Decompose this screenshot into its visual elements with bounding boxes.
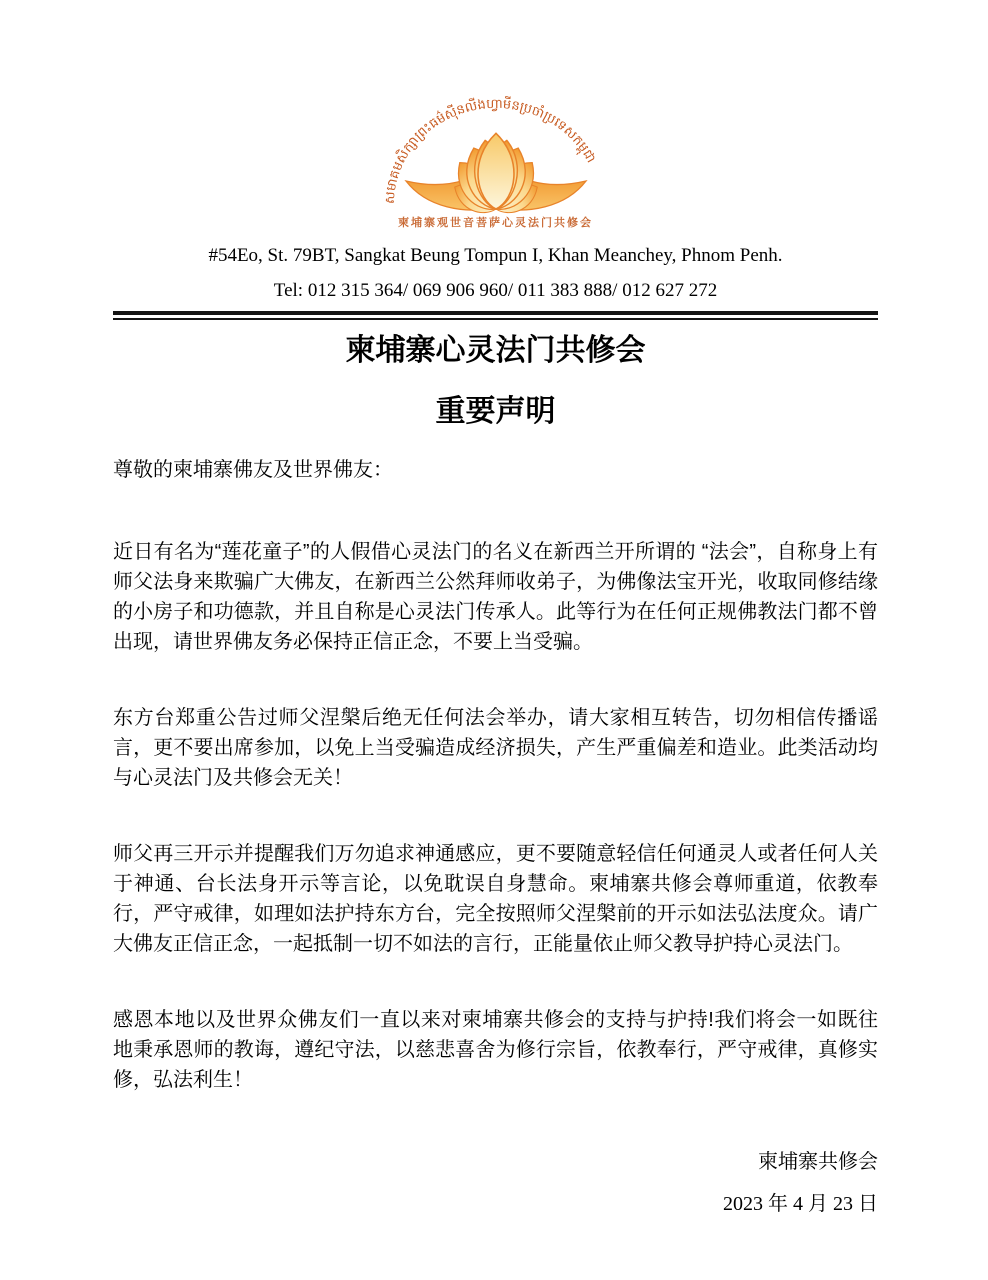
paragraph-4: 感恩本地以及世界众佛友们一直以来对柬埔寨共修会的支持与护持!我们将会一如既往地秉… <box>113 1005 878 1095</box>
paragraph-1: 近日有名为“莲花童子”的人假借心灵法门的名义在新西兰开所谓的 “法会”，自称身上… <box>113 537 878 657</box>
tel-line: Tel: 012 315 364/ 069 906 960/ 011 383 8… <box>113 279 878 302</box>
logo-subtext: 柬埔寨观世音菩萨心灵法门共修会 <box>113 216 878 230</box>
salutation: 尊敬的柬埔寨佛友及世界佛友： <box>113 457 878 483</box>
lotus-petals <box>406 133 586 214</box>
org-logo: សមាគមសិក្សាព្រះធម៌ស៊ីនលីងហ្វាមីនប្រចាំប្… <box>113 82 878 230</box>
doc-title: 柬埔寨心灵法门共修会 <box>113 333 878 369</box>
address-line: #54Eo, St. 79BT, Sangkat Beung Tompun I,… <box>113 244 878 267</box>
doc-subtitle: 重要声明 <box>113 394 878 430</box>
document-page: សមាគមសិក្សាព្រះធម៌ស៊ីនលីងហ្វាមីនប្រចាំប្… <box>0 0 988 1280</box>
date-line: 2023 年 4 月 23 日 <box>113 1191 878 1217</box>
lotus-logo-icon: សមាគមសិក្សាព្រះធម៌ស៊ីនលីងហ្វាមីនប្រចាំប្… <box>366 82 626 214</box>
paragraph-2: 东方台郑重公告过师父涅槃后绝无任何法会举办，请大家相互转告，切勿相信传播谣言，更… <box>113 703 878 793</box>
signature: 柬埔寨共修会 <box>113 1149 878 1175</box>
paragraph-3: 师父再三开示并提醒我们万勿追求神通感应，更不要随意轻信任何通灵人或者任何人关于神… <box>113 839 878 959</box>
header-divider <box>113 311 878 320</box>
